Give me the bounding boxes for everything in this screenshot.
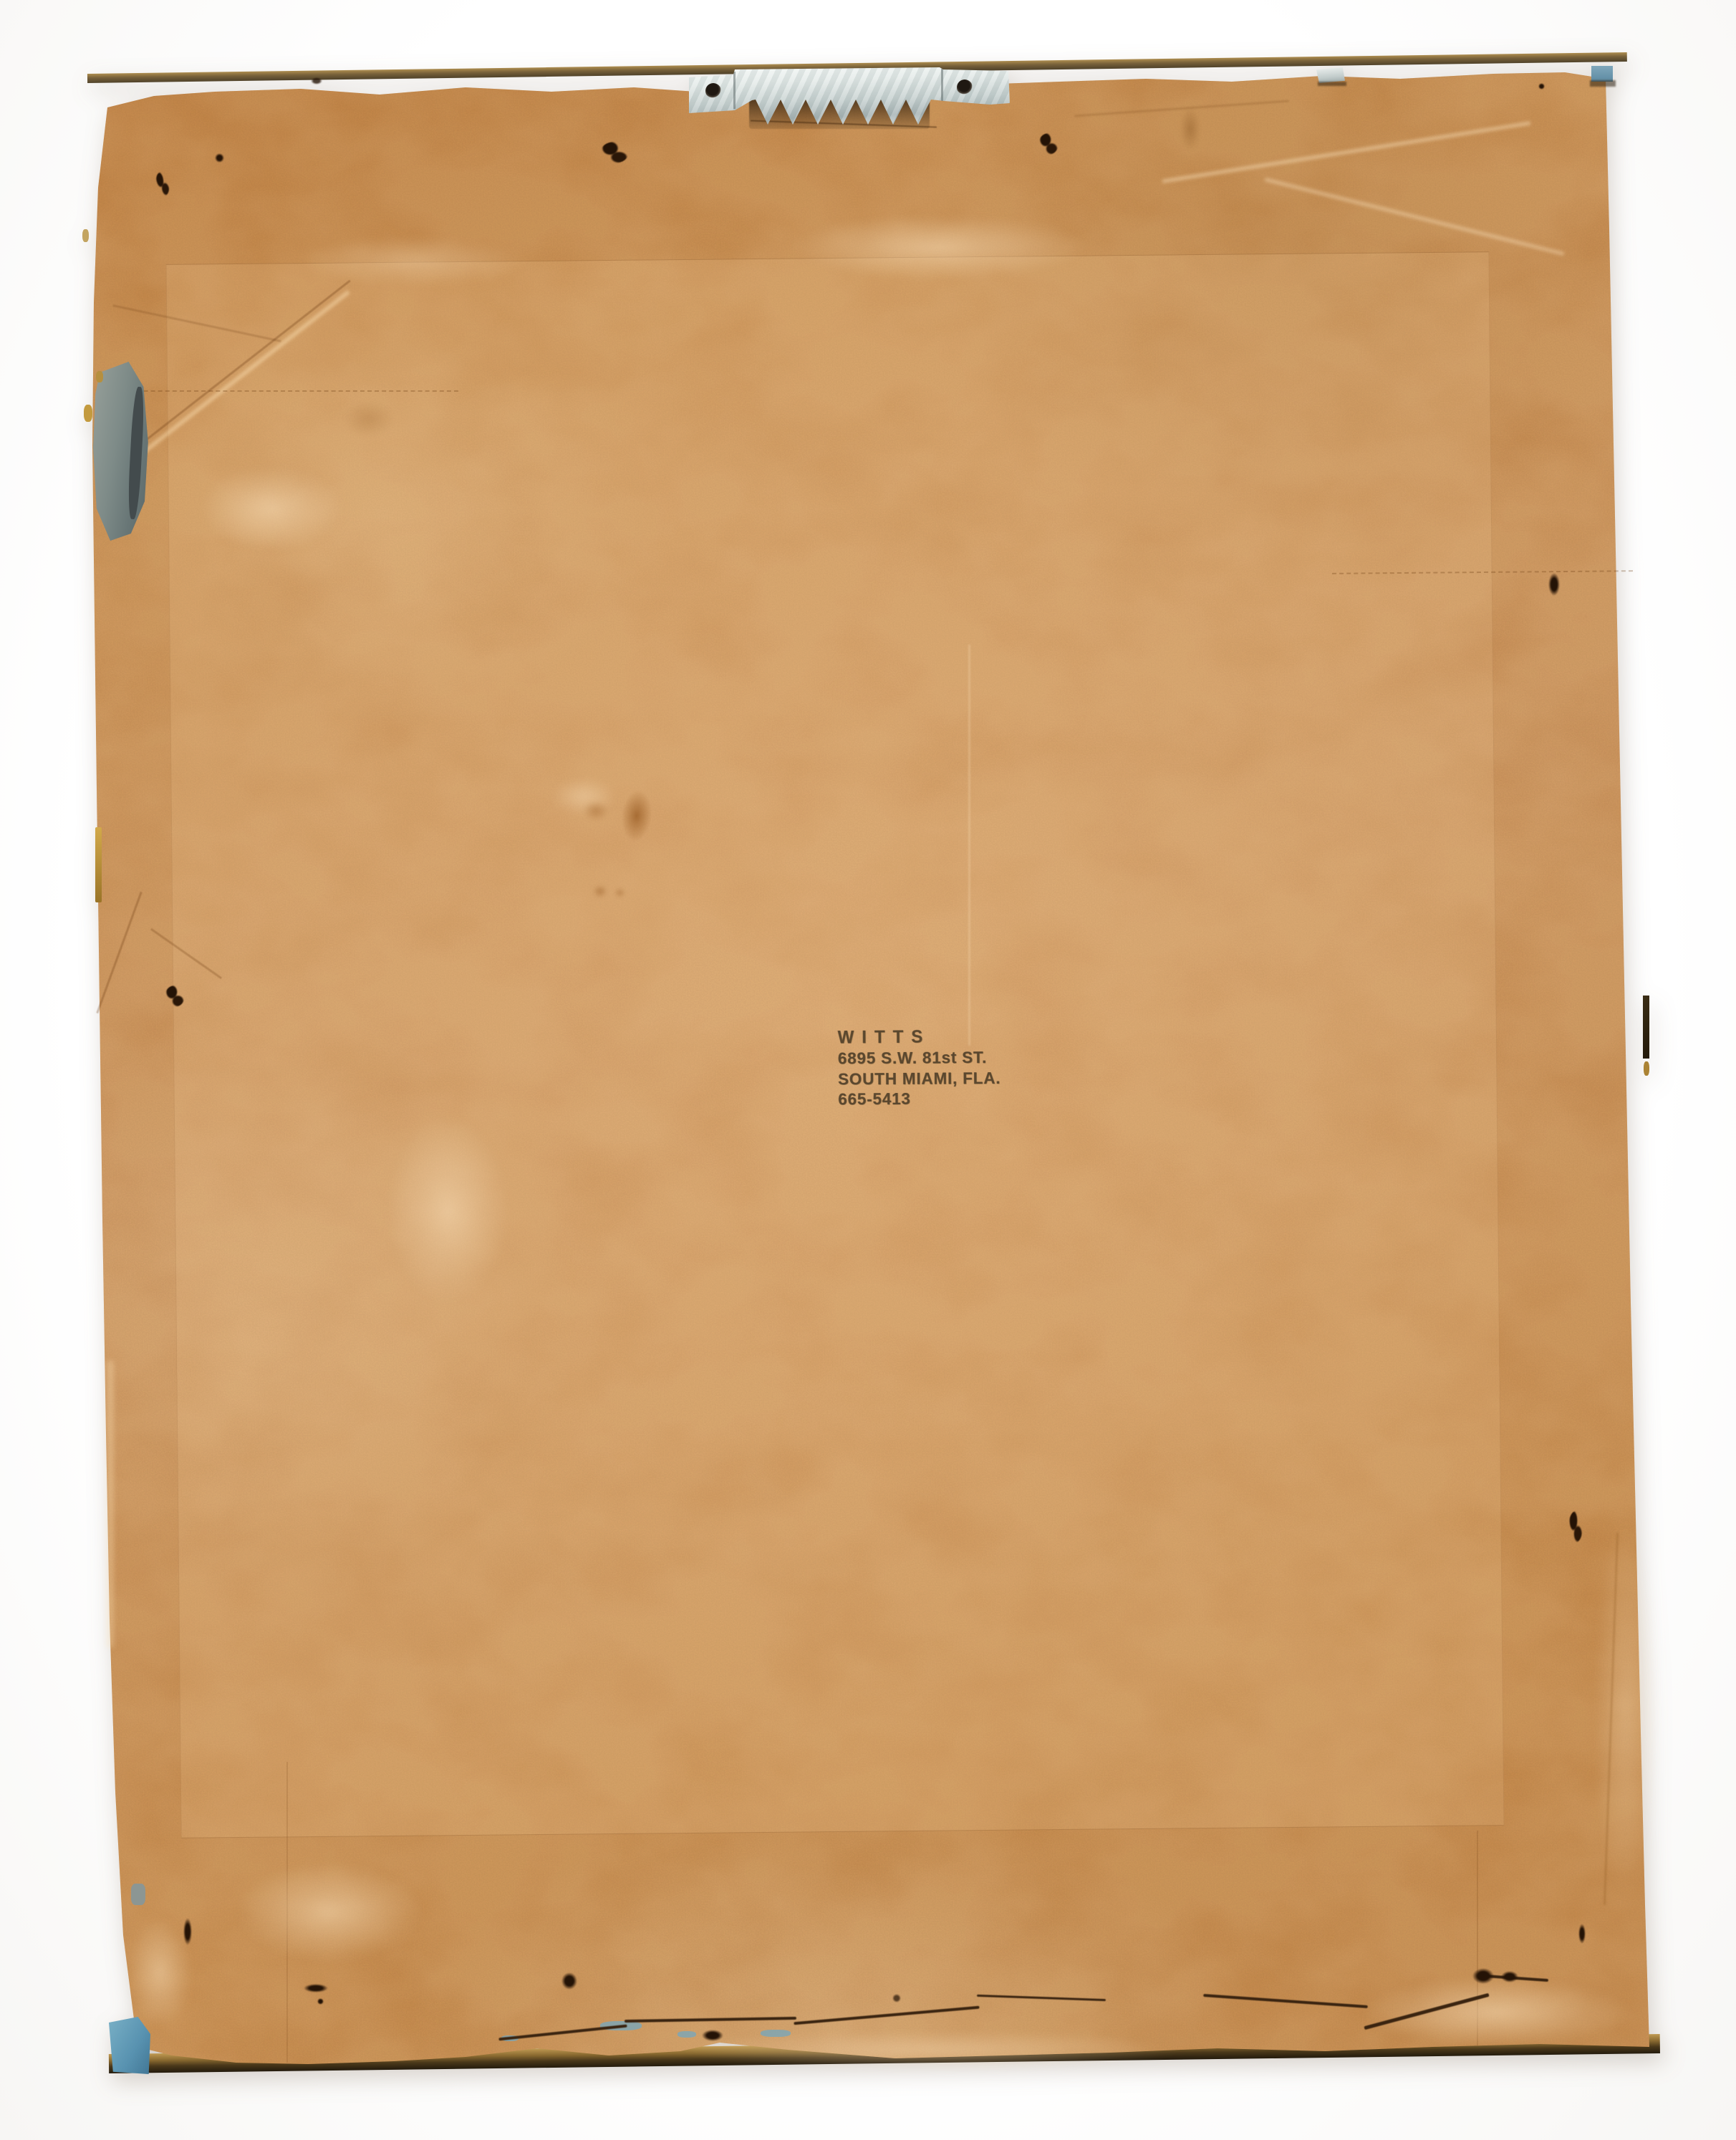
paper-scuff	[788, 215, 1089, 279]
gilt-glint	[82, 229, 89, 242]
paper-scuff	[1361, 1977, 1633, 2048]
blue-underlayer-bottom-left-small	[131, 1884, 145, 1905]
tack-hole	[317, 1998, 324, 2005]
tear-blue-glimpse	[761, 2030, 791, 2037]
stain-spot	[614, 888, 625, 897]
panel-seam	[968, 645, 970, 1046]
stain-spot	[344, 401, 394, 437]
gilt-fleck	[96, 371, 103, 382]
tack-hole	[1538, 83, 1545, 90]
tack-hole	[165, 985, 185, 1007]
tack-hole	[1578, 1924, 1586, 1944]
framer-stamp: WITTS 6895 S.W. 81st ST. SOUTH MIAMI, FL…	[838, 1026, 1001, 1110]
hanger-fold-seam	[733, 72, 736, 109]
stain-spot	[593, 885, 607, 897]
top-right-notch-shadow	[1590, 80, 1616, 87]
tack-hole	[304, 1984, 328, 1992]
stain-streak	[1180, 107, 1200, 150]
paper-scuff	[127, 1919, 192, 2027]
glazing-point-shadow	[1318, 82, 1346, 86]
tack-hole	[892, 1994, 901, 2002]
backing-board-impression	[165, 251, 1504, 1838]
blue-underlayer-top-right	[1591, 66, 1613, 82]
gilt-glint	[1644, 1061, 1649, 1076]
tack-hole	[1568, 1511, 1583, 1543]
tack-hole	[215, 153, 224, 163]
paper-scuff	[680, 2030, 1182, 2070]
crease-line	[107, 1361, 113, 1647]
gilt-glint	[95, 827, 102, 902]
glazing-point	[1316, 67, 1345, 83]
stamp-phone-number: 665-5413	[838, 1088, 1001, 1109]
framed-picture-back: WITTS 6895 S.W. 81st ST. SOUTH MIAMI, FL…	[0, 0, 1736, 2140]
paper-scuff	[387, 1117, 508, 1303]
tear-blob	[1472, 1968, 1494, 1984]
stain-spot	[583, 801, 609, 821]
hanger-screw-hole-right	[957, 79, 973, 95]
stamp-street-address: 6895 S.W. 81st ST.	[838, 1047, 1001, 1069]
paper-scuff	[301, 236, 530, 286]
hanger-fold-seam	[941, 69, 943, 103]
right-edge-sliver	[1643, 996, 1649, 1059]
tack-hole	[1038, 133, 1059, 155]
tear-blue-glimpse	[677, 2031, 696, 2038]
tack-hole	[311, 77, 322, 85]
tear-blob	[1501, 1971, 1518, 1982]
tack-hole	[600, 142, 629, 163]
paper-scuff	[236, 1862, 423, 1962]
hanger-screw-hole-left	[705, 83, 721, 99]
tack-hole	[1548, 573, 1560, 596]
tack-hole	[183, 1918, 192, 1945]
stamp-shop-name: WITTS	[838, 1026, 1001, 1049]
photo-backdrop: WITTS 6895 S.W. 81st ST. SOUTH MIAMI, FL…	[0, 0, 1736, 2140]
stamp-city-state: SOUTH MIAMI, FLA.	[838, 1068, 1001, 1089]
paper-scuff	[1593, 1518, 1658, 1905]
tack-hole	[702, 2030, 723, 2041]
stitch-crease	[100, 390, 458, 392]
paper-scuff	[201, 466, 344, 551]
tack-hole	[561, 1972, 577, 1990]
gilt-glint	[84, 405, 92, 422]
